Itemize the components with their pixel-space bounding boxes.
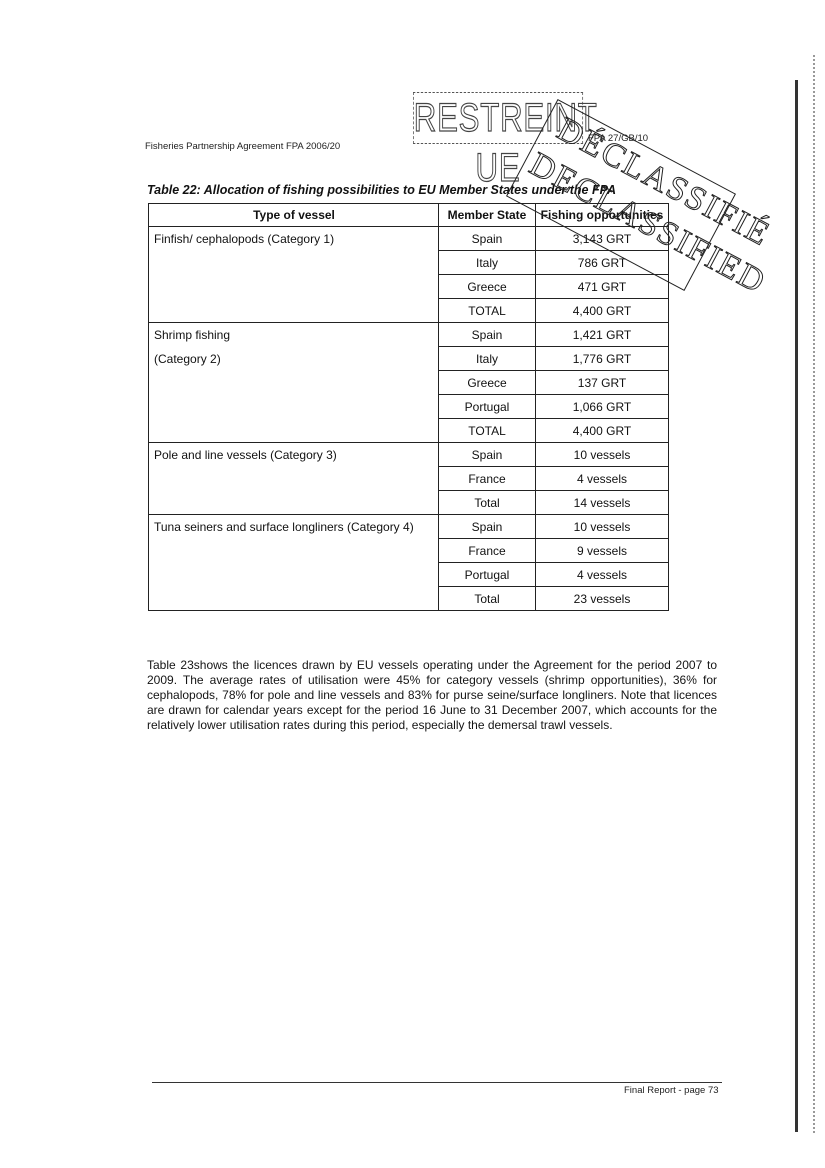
table-caption: Table 22: Allocation of fishing possibil… (147, 183, 616, 197)
fishing-opportunity-cell: 3,143 GRT (536, 227, 669, 251)
header-type-of-vessel: Type of vessel (149, 204, 439, 227)
scan-edge-bar (795, 80, 798, 1132)
vessel-type-cell: Pole and line vessels (Category 3) (149, 443, 439, 515)
fishing-opportunity-cell: 471 GRT (536, 275, 669, 299)
fishing-opportunity-cell: 10 vessels (536, 443, 669, 467)
member-state-cell: Italy (439, 251, 536, 275)
member-state-cell: Spain (439, 515, 536, 539)
member-state-cell: Spain (439, 443, 536, 467)
fishing-opportunity-cell: 4,400 GRT (536, 299, 669, 323)
member-state-cell: Greece (439, 275, 536, 299)
member-state-cell: Portugal (439, 563, 536, 587)
body-paragraph: Table 23shows the licences drawn by EU v… (147, 658, 717, 733)
member-state-cell: Portugal (439, 395, 536, 419)
vessel-type-cell: Finfish/ cephalopods (Category 1) (149, 227, 439, 323)
header-fishing-opportunities: Fishing opportunities (536, 204, 669, 227)
member-state-cell: TOTAL (439, 419, 536, 443)
member-state-cell: Total (439, 587, 536, 611)
vessel-type-label: Shrimp fishing (154, 323, 434, 347)
fishing-opportunity-cell: 4 vessels (536, 467, 669, 491)
member-state-cell: Spain (439, 227, 536, 251)
member-state-cell: Greece (439, 371, 536, 395)
vessel-type-label: Tuna seiners and surface longliners (Cat… (154, 515, 434, 539)
fishing-opportunity-cell: 9 vessels (536, 539, 669, 563)
restreint-stamp: RESTREINT UE (413, 92, 583, 144)
table-row: Tuna seiners and surface longliners (Cat… (149, 515, 669, 539)
scan-edge-dotted (813, 55, 815, 1135)
table-row: Finfish/ cephalopods (Category 1)Spain3,… (149, 227, 669, 251)
member-state-cell: TOTAL (439, 299, 536, 323)
vessel-type-label: Finfish/ cephalopods (Category 1) (154, 227, 434, 251)
fishing-opportunity-cell: 14 vessels (536, 491, 669, 515)
vessel-type-label: (Category 2) (154, 347, 434, 371)
fishing-opportunity-cell: 4,400 GRT (536, 419, 669, 443)
member-state-cell: Total (439, 491, 536, 515)
table-header-row: Type of vessel Member State Fishing oppo… (149, 204, 669, 227)
footer-rule (152, 1082, 722, 1083)
fishing-opportunity-cell: 1,776 GRT (536, 347, 669, 371)
member-state-cell: France (439, 467, 536, 491)
header-left: Fisheries Partnership Agreement FPA 2006… (145, 141, 340, 152)
header-member-state: Member State (439, 204, 536, 227)
fishing-opportunity-cell: 137 GRT (536, 371, 669, 395)
table-row: Pole and line vessels (Category 3)Spain1… (149, 443, 669, 467)
fishing-opportunity-cell: 10 vessels (536, 515, 669, 539)
footer-page-label: Final Report - page 73 (624, 1085, 719, 1096)
fishing-opportunity-cell: 1,066 GRT (536, 395, 669, 419)
member-state-cell: Spain (439, 323, 536, 347)
fishing-opportunity-cell: 786 GRT (536, 251, 669, 275)
fishing-opportunity-cell: 23 vessels (536, 587, 669, 611)
table-row: Shrimp fishing(Category 2)Spain1,421 GRT (149, 323, 669, 347)
vessel-type-cell: Tuna seiners and surface longliners (Cat… (149, 515, 439, 611)
vessel-type-label: Pole and line vessels (Category 3) (154, 443, 434, 467)
fishing-opportunity-cell: 1,421 GRT (536, 323, 669, 347)
member-state-cell: France (439, 539, 536, 563)
allocation-table: Type of vessel Member State Fishing oppo… (148, 203, 669, 611)
vessel-type-cell: Shrimp fishing(Category 2) (149, 323, 439, 443)
member-state-cell: Italy (439, 347, 536, 371)
fishing-opportunity-cell: 4 vessels (536, 563, 669, 587)
